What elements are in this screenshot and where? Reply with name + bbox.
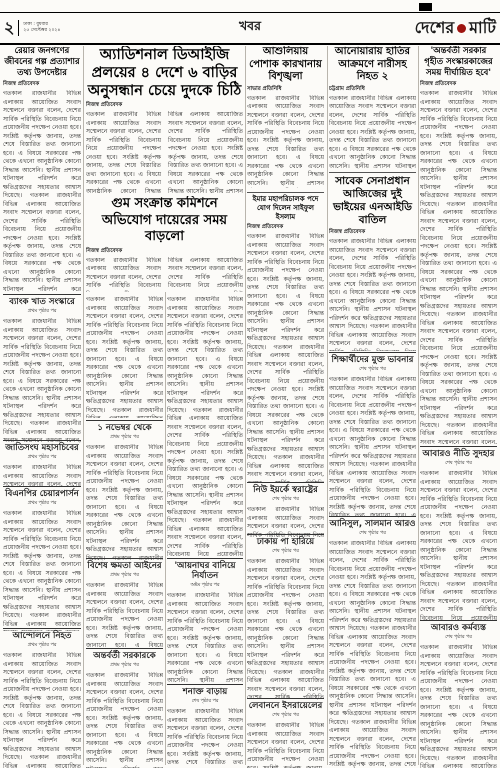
story-body: গতকাল রাজধানীর বিভিন্ন এলাকায় আয়োজিত স… bbox=[420, 90, 497, 444]
story-body: গতকাল রাজধানীর বিভিন্ন এলাকায় আয়োজিত স… bbox=[86, 672, 163, 768]
story-byline: নিজস্ব প্রতিবেদক bbox=[420, 81, 497, 89]
continuation-title: 'আয়নাঘর বানিয়ে নির্যাতন bbox=[167, 561, 243, 581]
continuation-policy-rate: আবারও নীতি সুদহার শেষ পৃষ্ঠার পর গতকাল র… bbox=[420, 446, 497, 623]
continuation-from: প্রথম পৃষ্ঠার পর bbox=[3, 308, 81, 316]
story-byline: চট্টগ্রাম প্রতিনিধি bbox=[329, 86, 416, 94]
column-divider bbox=[245, 46, 246, 765]
story-body: গতকাল রাজধানীর বিভিন্ন এলাকায় আয়োজিত স… bbox=[329, 95, 416, 171]
masthead-word-left: দেশের bbox=[415, 15, 455, 42]
column-divider bbox=[165, 292, 166, 765]
story-headline: গুম সংক্রান্ত কমিশনে অভিযোগ দায়েরের সময… bbox=[86, 196, 243, 246]
story-headline: ইমার মহাপরিচালক পদে যোগ দিলেন সাইফুল ইসল… bbox=[247, 195, 324, 222]
masthead: দেশের মাটি bbox=[415, 15, 496, 42]
continuation-aynaghor-torture: 'আয়নাঘর বানিয়ে নির্যাতন অষ্টম পৃষ্ঠার … bbox=[167, 558, 243, 685]
story-headline: রেয়ার জনগণের জীবনের গল্প প্রত্যাশার তথ্… bbox=[3, 46, 81, 79]
continuation-from: প্রথম পৃষ্ঠার পর bbox=[86, 662, 163, 670]
continuation-bnp-chairperson: বিএনপির চেয়ারপার্সন প্রথম পৃষ্ঠার পর গত… bbox=[3, 486, 81, 631]
story-byline: সাভার প্রতিনিধি bbox=[247, 86, 324, 94]
column-divider bbox=[83, 46, 84, 765]
story-anowara-elephant: আনোয়ারায় হাতির আক্রমণে নারীসহ নিহত ২ চ… bbox=[329, 46, 416, 170]
story-saiful-islam-dg: ইমার মহাপরিচালক পদে যোগ দিলেন সাইফুল ইসল… bbox=[247, 192, 324, 483]
continuation-dhaka-leg-lost: ঢাকায় পা হারিয়ে শেষ পৃষ্ঠার পর গতকাল র… bbox=[247, 534, 324, 701]
date-line-1: ঢাকা : বুধবার bbox=[23, 22, 48, 27]
date-line-2: ২৫ সেপ্টেম্বর ২০২৪ bbox=[23, 28, 60, 33]
continuation-november-1: ১ নভেম্বর থেকে প্রথম পৃষ্ঠার পর গতকাল রা… bbox=[86, 420, 163, 561]
story-body: গতকাল রাজধানীর বিভিন্ন এলাকায় আয়োজিত স… bbox=[86, 111, 243, 193]
continuation-title: জাতিসংঘ মহাসচিবের bbox=[3, 443, 81, 453]
story-headline: সাবেক সেনাপ্রধান আজিজের দুই ভাইয়ের এনআই… bbox=[329, 175, 416, 227]
page-meta: ২ ঢাকা : বুধবার ২৫ সেপ্টেম্বর ২০২৪ bbox=[4, 20, 60, 36]
continuation-title: আবারও কর্মব্যস্ত bbox=[420, 623, 497, 633]
story-byline: নিজস্ব প্রতিবেদক bbox=[329, 229, 416, 237]
continuation-title: অন্তর্বর্তী সরকারকে bbox=[86, 651, 163, 661]
continuation-from: প্রথম পৃষ্ঠার পর bbox=[3, 454, 81, 462]
continuation-from: শেষ পৃষ্ঠার পর bbox=[329, 530, 416, 538]
section-title: খবর bbox=[239, 18, 261, 38]
continuation-from: শেষ পৃষ্ঠার পর bbox=[247, 496, 324, 504]
story-body: গতকাল রাজধানীর বিভিন্ন এলাকায় আয়োজিত স… bbox=[167, 296, 243, 556]
story-body: গতকাল রাজধানীর বিভিন্ন এলাকায় আয়োজিত স… bbox=[3, 90, 81, 292]
continuation-newyork-home-ministry: নিউ ইয়র্কে স্বরাষ্ট্রের শেষ পৃষ্ঠার পর … bbox=[247, 482, 324, 537]
story-body: গতকাল রাজধানীর বিভিন্ন এলাকায় আয়োজিত স… bbox=[420, 644, 497, 768]
page-header: ২ ঢাকা : বুধবার ২৫ সেপ্টেম্বর ২০২৪ খবর দ… bbox=[0, 12, 500, 45]
masthead-tab bbox=[419, 3, 432, 11]
column-divider bbox=[327, 46, 328, 765]
page-number: ২ bbox=[4, 20, 14, 36]
story-info-adviser: রেয়ার জনগণের জীবনের গল্প প্রত্যাশার তথ্… bbox=[3, 46, 81, 292]
continuation-from: প্রথম পৃষ্ঠার পর bbox=[86, 572, 163, 580]
story-byline: নিজস্ব প্রতিবেদক bbox=[86, 102, 243, 110]
story-interim-reform-time: 'অন্তর্বর্তী সরকার গৃহীত সংস্কারকাজের সম… bbox=[420, 46, 497, 444]
header-divider bbox=[18, 20, 19, 36]
story-headline: 'অন্তর্বর্তী সরকার গৃহীত সংস্কারকাজের সম… bbox=[420, 46, 497, 79]
story-headline: আনোয়ারায় হাতির আক্রমণে নারীসহ নিহত ২ bbox=[329, 46, 416, 84]
continuation-from: প্রথম পৃষ্ঠার পর bbox=[3, 642, 81, 650]
story-body: গতকাল রাজধানীর বিভিন্ন এলাকায় আয়োজিত স… bbox=[247, 558, 324, 701]
story-body: গতকাল রাজধানীর বিভিন্ন এলাকায় আয়োজিত স… bbox=[167, 708, 243, 768]
story-dig-proloy-dudok-letter: অ্যাডিশনাল ডিআইজি প্রলয়ের ৪ দেশে ৬ বাড়… bbox=[86, 46, 243, 193]
newspaper-page: ২ ঢাকা : বুধবার ২৫ সেপ্টেম্বর ২০২৪ খবর দ… bbox=[0, 0, 500, 768]
continuation-title: বিএনপির চেয়ারপার্সন bbox=[3, 489, 81, 499]
continuation-title: ব্যাংক খাত সংস্কারে bbox=[3, 297, 81, 307]
continuation-movement-killed: আন্দোলনে নিহত প্রথম পৃষ্ঠার পর গতকাল রাজ… bbox=[3, 628, 81, 768]
continuation-from: প্রথম পৃষ্ঠার পর bbox=[3, 500, 81, 508]
story-body: গতকাল রাজধানীর বিভিন্ন এলাকায় আয়োজিত স… bbox=[420, 470, 497, 623]
continuation-title: লেবাননে ইসরায়েলের bbox=[247, 701, 324, 711]
continuation-body: গতকাল রাজধানীর বিভিন্ন এলাকায় আয়োজিত স… bbox=[86, 296, 163, 418]
story-byline: নিজস্ব প্রতিবেদক bbox=[86, 248, 243, 256]
continuation-title: শিক্ষার্থীদের মুক্ত ভাবনার bbox=[329, 355, 416, 365]
continuation-title: বিশেষ ক্ষমতা আইনের bbox=[86, 561, 163, 571]
story-body: গতকাল রাজধানীর বিভিন্ন এলাকায় আয়োজিত স… bbox=[86, 296, 163, 418]
story-body: গতকাল রাজধানীর বিভিন্ন এলাকায় আয়োজিত স… bbox=[329, 540, 416, 768]
continuation-title: শনাক্ত বাড়ায় bbox=[167, 687, 243, 697]
continuation-from: শেষ পৃষ্ঠার পর bbox=[247, 548, 324, 556]
story-body: গতকাল রাজধানীর বিভিন্ন এলাকায় আয়োজিত স… bbox=[329, 376, 416, 519]
story-body: গতকাল রাজধানীর বিভিন্ন এলাকায় আয়োজিত স… bbox=[329, 238, 416, 351]
story-body: গতকাল রাজধানীর বিভিন্ন এলাকায় আয়োজিত স… bbox=[86, 257, 243, 293]
date-block: ঢাকা : বুধবার ২৫ সেপ্টেম্বর ২০২৪ bbox=[23, 22, 60, 34]
continuation-from: শেষ পৃষ্ঠার পর bbox=[247, 712, 324, 720]
continuation-interim-govt: অন্তর্বর্তী সরকারকে প্রথম পৃষ্ঠার পর গতক… bbox=[86, 648, 163, 768]
continuation-busy-again: আবারও কর্মব্যস্ত শেষ পৃষ্ঠার পর গতকাল রা… bbox=[420, 620, 497, 768]
story-byline: নিজস্ব প্রতিবেদক bbox=[3, 81, 81, 89]
story-byline: নিজস্ব প্রতিবেদক bbox=[247, 224, 324, 232]
continuation-title: নিউ ইয়র্কে স্বরাষ্ট্রের bbox=[247, 485, 324, 495]
column-divider bbox=[418, 46, 419, 765]
continuation-special-powers-act: বিশেষ ক্ষমতা আইনের প্রথম পৃষ্ঠার পর গতকা… bbox=[86, 558, 163, 651]
continuation-from: শেষ পৃষ্ঠার পর bbox=[167, 698, 243, 706]
continuation-title: আন্দোলনে নিহত bbox=[3, 631, 81, 641]
continuation-title: ১ নভেম্বর থেকে bbox=[86, 423, 163, 433]
continuation-bank-sector: ব্যাংক খাত সংস্কারে প্রথম পৃষ্ঠার পর গতক… bbox=[3, 294, 81, 443]
story-ashulia-garments: আশুলিয়ায় পোশাক কারখানায় বিশৃঙ্খলা সাভ… bbox=[247, 46, 324, 188]
continuation-from: শেষ পৃষ্ঠার পর bbox=[420, 634, 497, 642]
continuation-detection-rise: শনাক্ত বাড়ায় শেষ পৃষ্ঠার পর গতকাল রাজধ… bbox=[167, 684, 243, 768]
story-body: গতকাল রাজধানীর বিভিন্ন এলাকায় আয়োজিত স… bbox=[3, 652, 81, 768]
continuation-anisul-salman: আনিসুল, সালমান আরও শেষ পৃষ্ঠার পর গতকাল … bbox=[329, 516, 416, 768]
story-headline: আশুলিয়ায় পোশাক কারখানায় বিশৃঙ্খলা bbox=[247, 46, 324, 84]
masthead-dot-icon bbox=[457, 24, 466, 33]
story-body: গতকাল রাজধানীর বিভিন্ন এলাকায় আয়োজিত স… bbox=[247, 506, 324, 537]
continuation-body: গতকাল রাজধানীর বিভিন্ন এলাকায় আয়োজিত স… bbox=[167, 296, 243, 556]
continuation-from: প্রথম পৃষ্ঠার পর bbox=[86, 434, 163, 442]
continuation-from: অষ্টম পৃষ্ঠার পর bbox=[167, 582, 243, 590]
story-body: গতকাল রাজধানীর বিভিন্ন এলাকায় আয়োজিত স… bbox=[247, 233, 324, 483]
story-body: গতকাল রাজধানীর বিভিন্ন এলাকায় আয়োজিত স… bbox=[3, 510, 81, 631]
story-body: গতকাল রাজধানীর বিভিন্ন এলাকায় আয়োজিত স… bbox=[247, 722, 324, 768]
story-body: গতকাল রাজধানীর বিভিন্ন এলাকায় আয়োজিত স… bbox=[86, 582, 163, 651]
story-body: গতকাল রাজধানীর বিভিন্ন এলাকায় আয়োজিত স… bbox=[247, 95, 324, 189]
story-gum-commission-deadline: গুম সংক্রান্ত কমিশনে অভিযোগ দায়েরের সময… bbox=[86, 196, 243, 292]
continuation-title: আনিসুল, সালমান আরও bbox=[329, 519, 416, 529]
continuation-title: ঢাকায় পা হারিয়ে bbox=[247, 537, 324, 547]
story-headline: অ্যাডিশনাল ডিআইজি প্রলয়ের ৪ দেশে ৬ বাড়… bbox=[86, 46, 243, 100]
story-aziz-brothers-nid: সাবেক সেনাপ্রধান আজিজের দুই ভাইয়ের এনআই… bbox=[329, 172, 416, 351]
story-body: গতকাল রাজধানীর বিভিন্ন এলাকায় আয়োজিত স… bbox=[86, 444, 163, 561]
masthead-word-right: মাটি bbox=[469, 15, 496, 42]
continuation-from: শেষ পৃষ্ঠার পর bbox=[329, 366, 416, 374]
continuation-title: আবারও নীতি সুদহার bbox=[420, 449, 497, 459]
continuation-students-free-thinking: শিক্ষার্থীদের মুক্ত ভাবনার শেষ পৃষ্ঠার প… bbox=[329, 352, 416, 519]
story-body: গতকাল রাজধানীর বিভিন্ন এলাকায় আয়োজিত স… bbox=[167, 592, 243, 685]
continuation-un-secretary: জাতিসংঘ মহাসচিবের প্রথম পৃষ্ঠার পর গতকাল… bbox=[3, 440, 81, 489]
continuation-lebanon-israel: লেবাননে ইসরায়েলের শেষ পৃষ্ঠার পর গতকাল … bbox=[247, 698, 324, 768]
continuation-from: শেষ পৃষ্ঠার পর bbox=[420, 460, 497, 468]
story-body: গতকাল রাজধানীর বিভিন্ন এলাকায় আয়োজিত স… bbox=[3, 318, 81, 443]
